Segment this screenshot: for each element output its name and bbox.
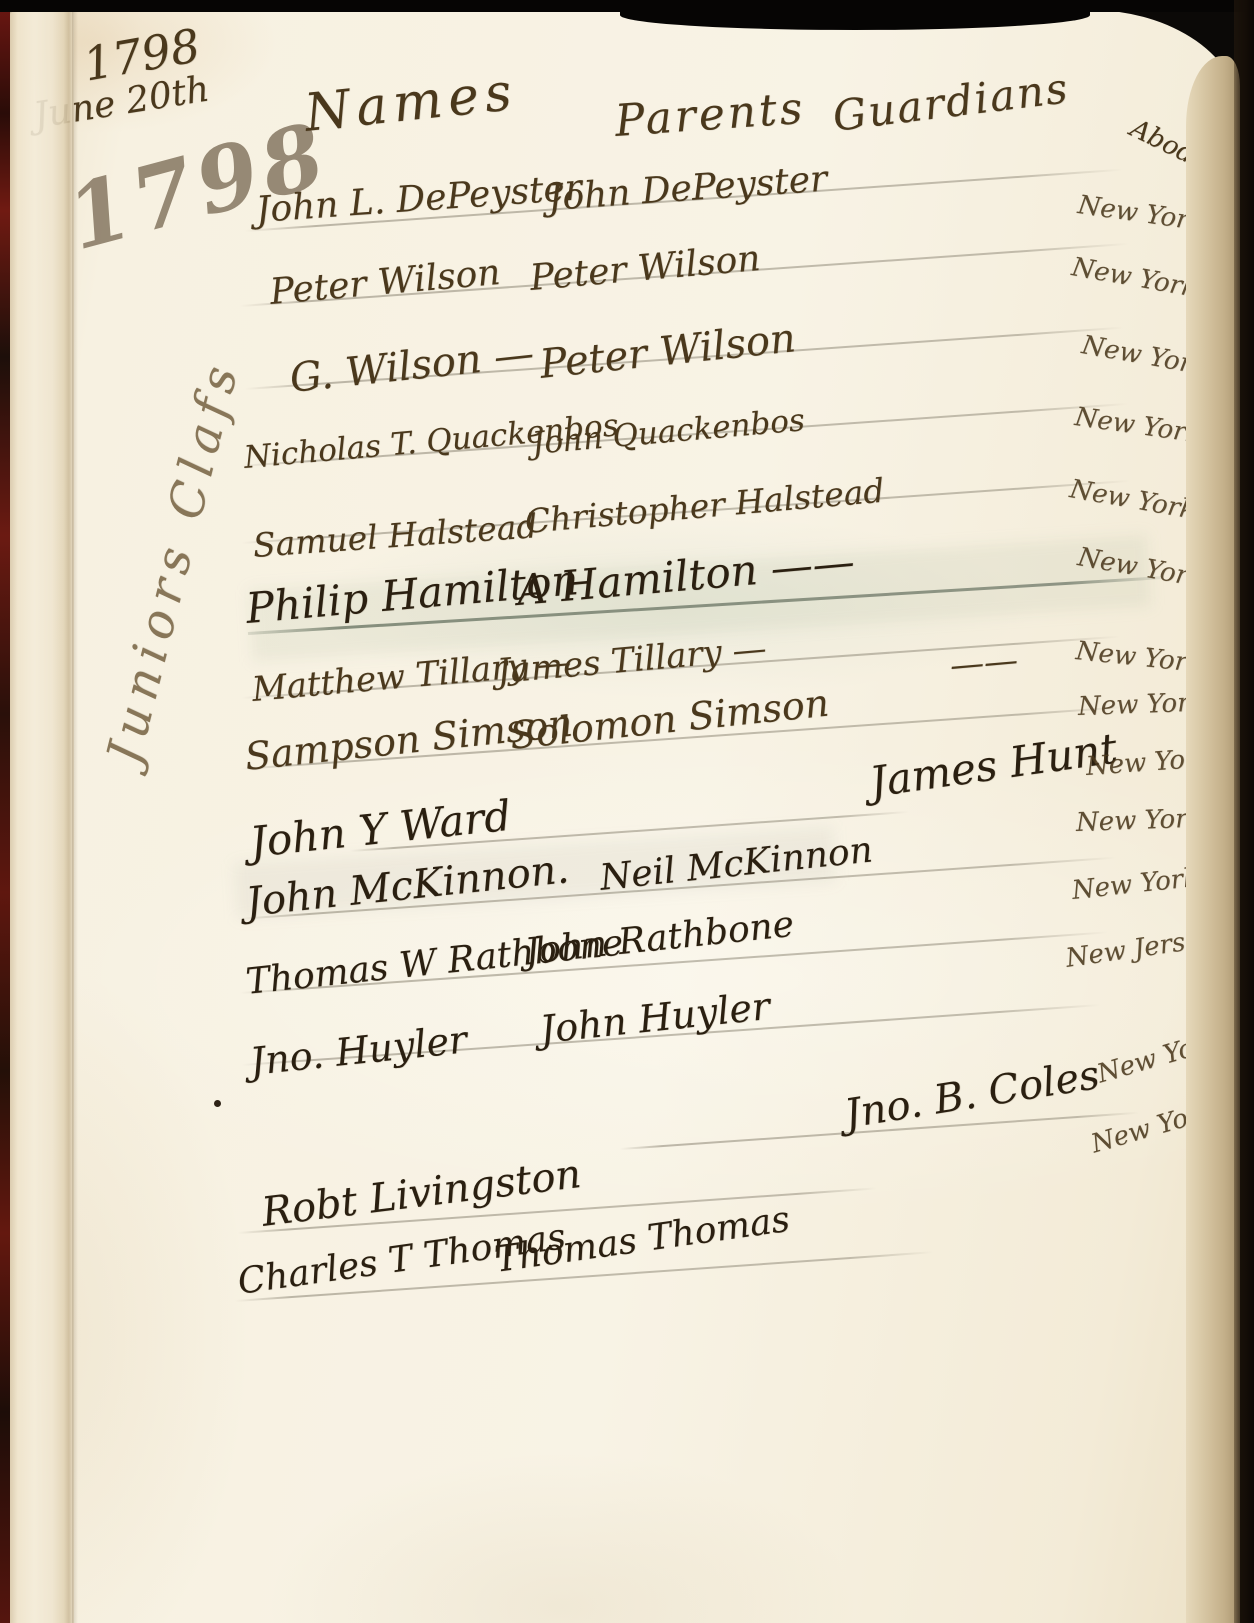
adjacent-page-edge	[1186, 56, 1240, 1623]
ledger-photo: 1798 June 20th 1798 Juniors Clafs Names …	[0, 0, 1254, 1623]
photo-background-dip	[620, 0, 1090, 30]
left-page-edge	[10, 4, 74, 1623]
entry-guardian: ——	[948, 640, 1019, 686]
ink-dot	[214, 1100, 221, 1107]
photo-background-right	[1234, 0, 1254, 1623]
binding-edge	[0, 0, 10, 1623]
entry-abode: New York	[1075, 804, 1203, 838]
page-crease	[72, 0, 78, 1623]
